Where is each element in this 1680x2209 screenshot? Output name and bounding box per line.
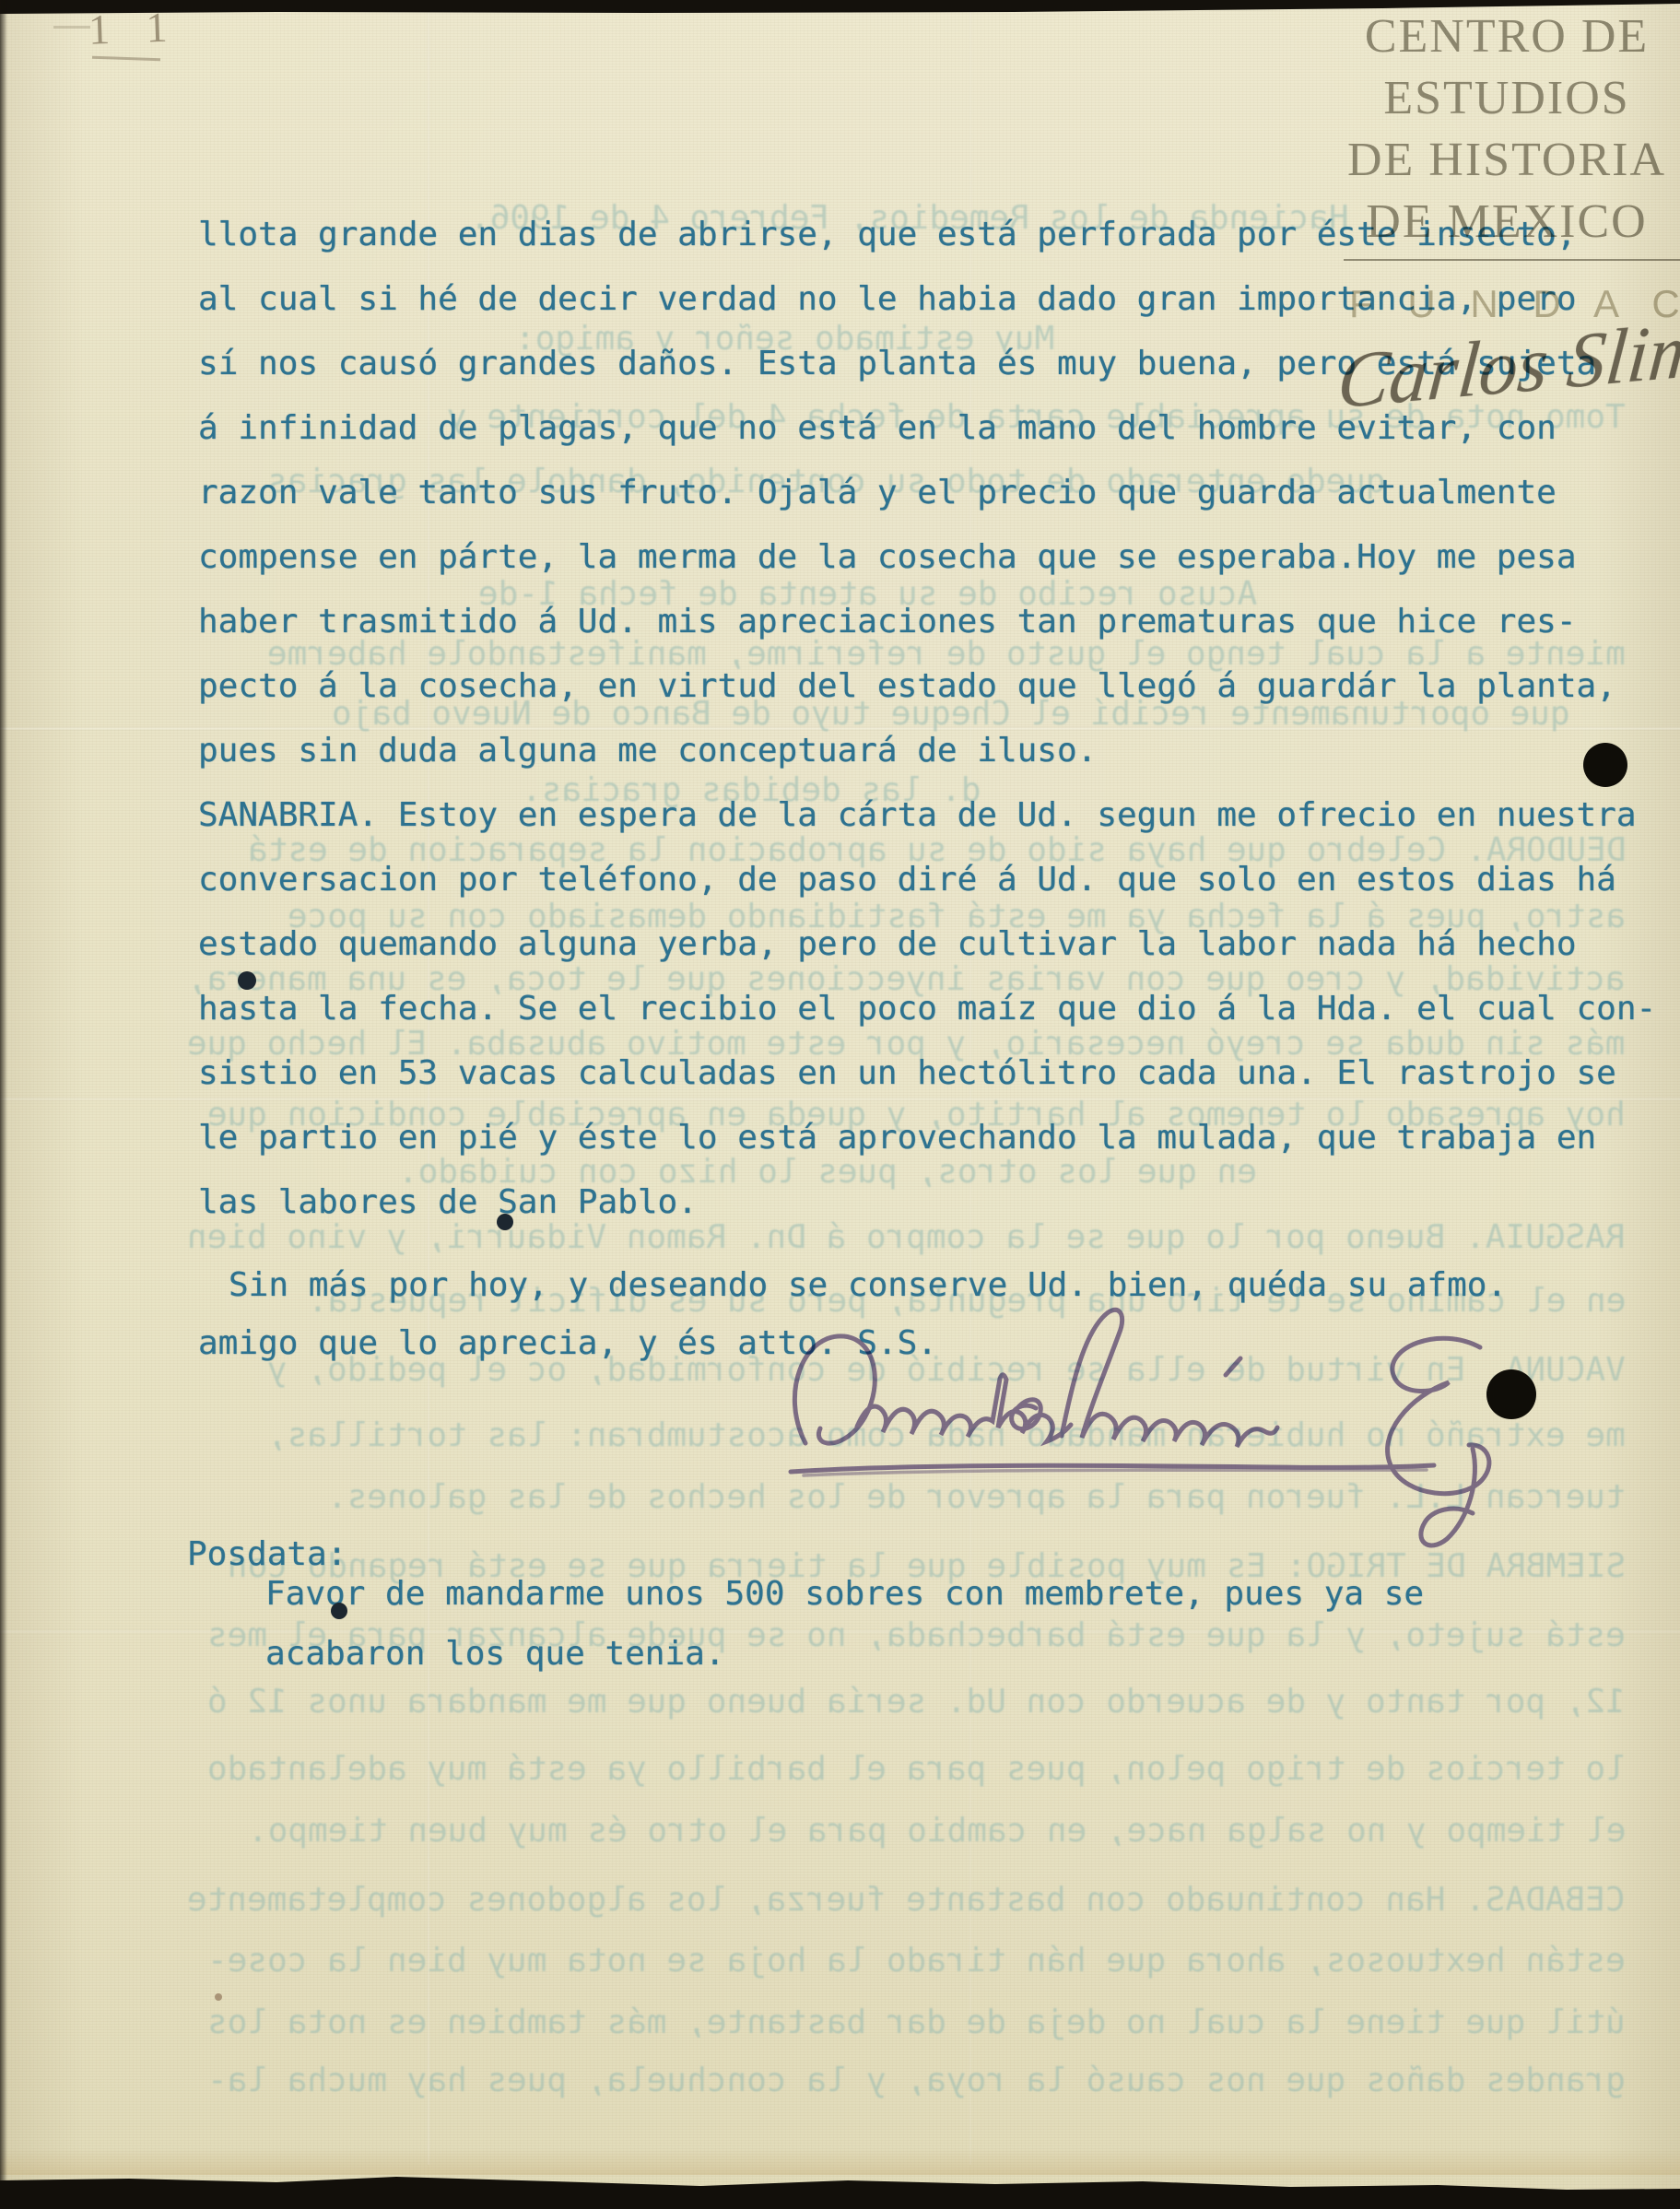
hole-punch — [1486, 1369, 1536, 1419]
speck — [215, 1993, 222, 2001]
ink-dot — [331, 1603, 347, 1619]
pencil-dash — [92, 56, 160, 62]
bleed-through-line: lo tercios de trigo pelon, pues para el … — [207, 1745, 1626, 1793]
signature-antonio-hernan — [756, 1290, 1548, 1594]
bleed-through-line: útil que tiene la cual no deja de dar ba… — [207, 1999, 1626, 2047]
ink-dot — [497, 1214, 513, 1230]
bleed-through-line: grandes daños que nos causó la roya, y l… — [207, 2057, 1626, 2105]
scanned-letter-page: Hacienda de los Remedios, Febrero 4 de 1… — [0, 0, 1680, 2209]
ink-dot — [238, 971, 256, 990]
archive-watermark-title: CENTRO DE ESTUDIOS DE HISTORIA DE MEXICO — [1327, 6, 1680, 253]
watermark-divider-rule — [1344, 259, 1680, 261]
horizontal-fold-crease — [0, 1629, 1680, 1634]
paper-bottom-edge-shading — [0, 2147, 1680, 2175]
bleed-through-line: están hextuosos, ahora que hán tirado la… — [207, 1937, 1626, 1985]
pencil-dash — [53, 26, 90, 29]
postscript-line: acabaron los que tenia. — [265, 1622, 725, 1686]
scan-edge-bottom-torn — [0, 2168, 1680, 2209]
hole-punch — [1583, 743, 1627, 787]
bleed-through-line: CEBADAS. Han continuado con bastante fue… — [187, 1876, 1626, 1924]
scan-edge-left — [0, 0, 7, 2209]
bleed-through-line: el tiempo y no salga nace, en cambio par… — [248, 1807, 1627, 1855]
